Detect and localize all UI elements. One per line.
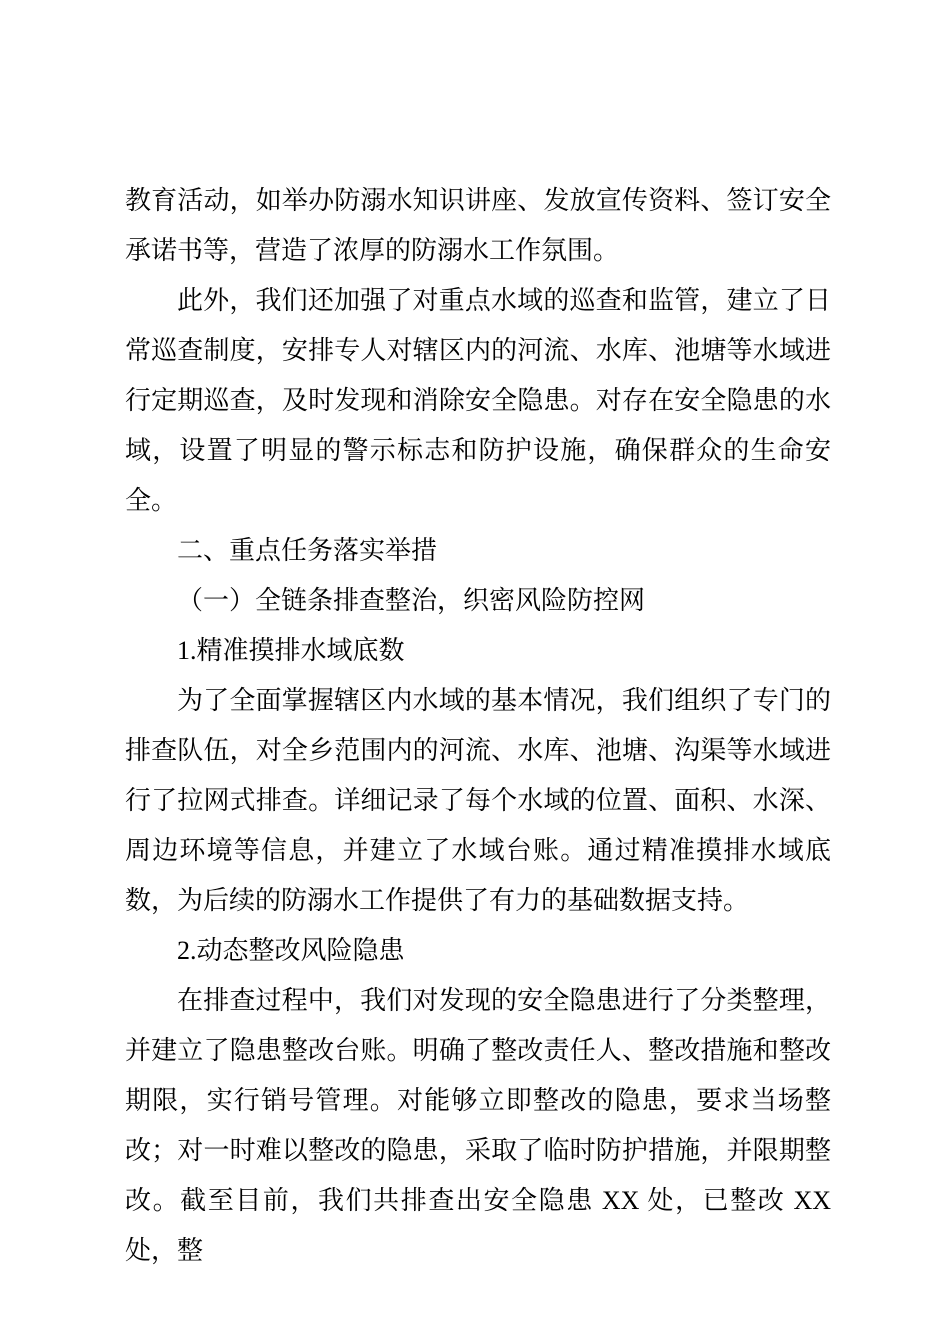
document-page: 教育活动，如举办防溺水知识讲座、发放宣传资料、签订安全承诺书等，营造了浓厚的防溺… — [0, 0, 950, 1344]
paragraph: 此外，我们还加强了对重点水域的巡查和监管，建立了日常巡查制度，安排专人对辖区内的… — [125, 276, 831, 526]
paragraph: 在排查过程中，我们对发现的安全隐患进行了分类整理，并建立了隐患整改台账。明确了整… — [125, 976, 831, 1276]
heading-level2: （一）全链条排查整治，织密风险防控网 — [125, 576, 831, 626]
paragraph-continuation: 教育活动，如举办防溺水知识讲座、发放宣传资料、签订安全承诺书等，营造了浓厚的防溺… — [125, 176, 831, 276]
heading-level1: 二、重点任务落实举措 — [125, 526, 831, 576]
heading-level3: 2.动态整改风险隐患 — [125, 926, 831, 976]
document-body: 教育活动，如举办防溺水知识讲座、发放宣传资料、签订安全承诺书等，营造了浓厚的防溺… — [125, 176, 831, 1276]
paragraph: 为了全面掌握辖区内水域的基本情况，我们组织了专门的排查队伍，对全乡范围内的河流、… — [125, 676, 831, 926]
heading-level3: 1.精准摸排水域底数 — [125, 626, 831, 676]
